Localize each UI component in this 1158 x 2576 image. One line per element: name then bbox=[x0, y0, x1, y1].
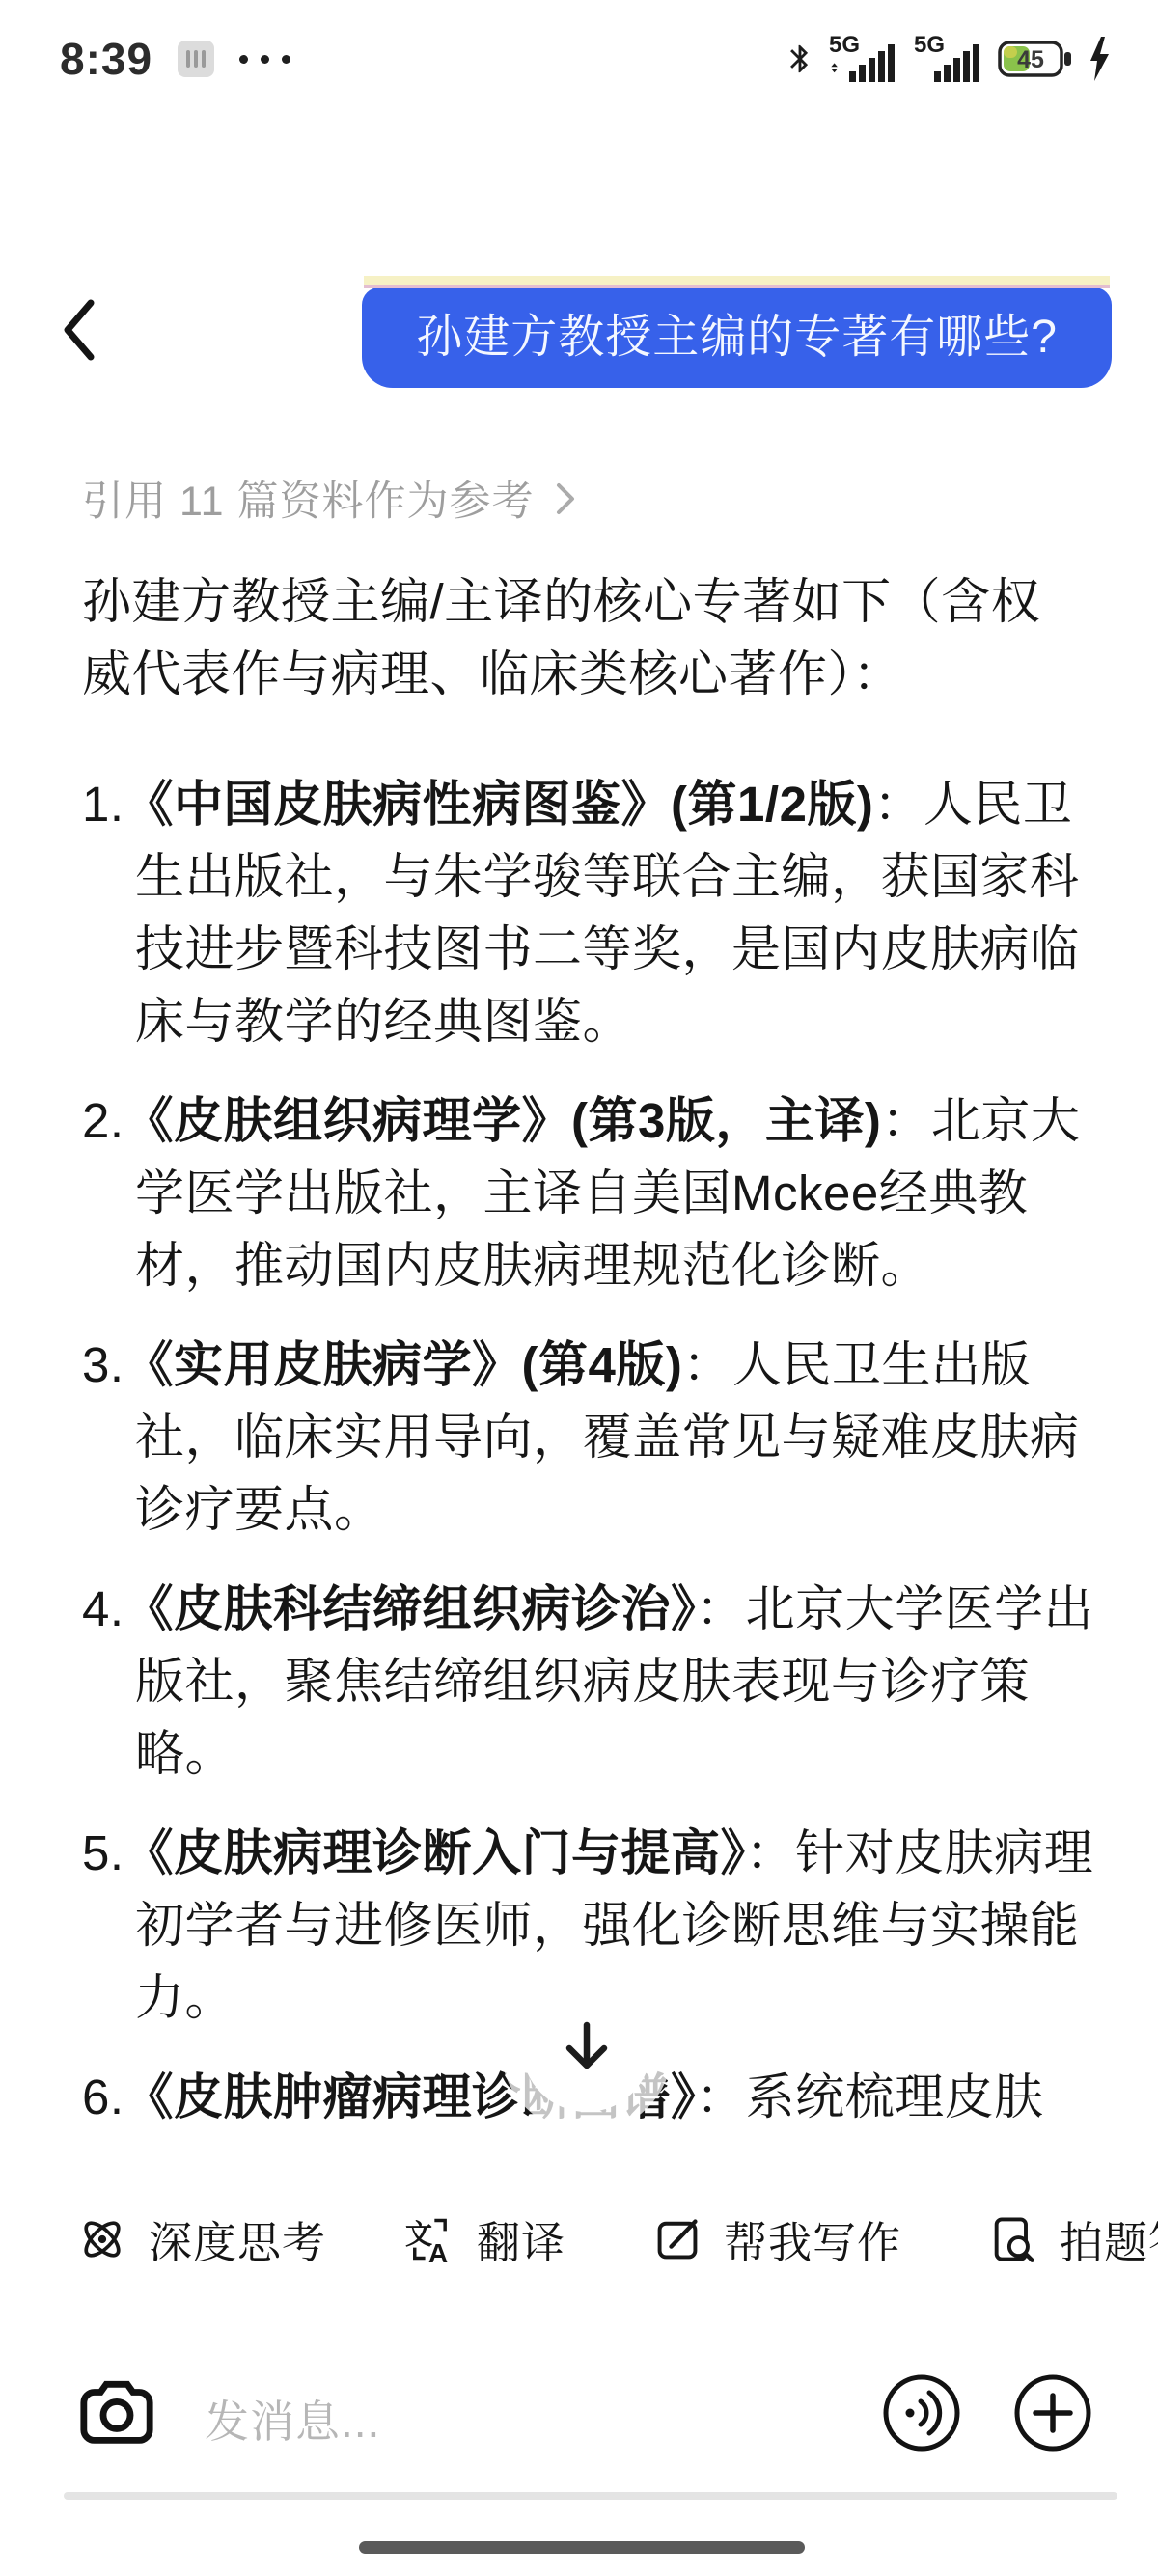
list-item: 4.《皮肤科结缔组织病诊治》：北京大学医学出版社，聚焦结缔组织病皮肤表现与诊疗策… bbox=[82, 1573, 1110, 1790]
bottom-divider bbox=[64, 2492, 1117, 2500]
bluetooth-icon bbox=[784, 35, 816, 83]
battery-icon: 45 bbox=[998, 38, 1075, 80]
translate-button[interactable]: 文 A 翻译 bbox=[405, 2207, 565, 2270]
charging-bolt-icon bbox=[1087, 35, 1112, 83]
edit-pencil-icon bbox=[652, 2214, 703, 2264]
deep-think-icon bbox=[77, 2214, 127, 2264]
nav-bar: 皮肤科病例讨论 doubao.com bbox=[0, 135, 1158, 270]
book-list: 1.《中国皮肤病性病图鉴》(第1/2版)：人民卫生出版社，与朱学骏等联合主编，获… bbox=[82, 768, 1110, 2133]
quick-action-bar: 深度思考 文 A 翻译 帮我写作 拍题 bbox=[0, 2207, 1158, 2277]
answer-intro: 孙建方教授主编/主译的核心专著如下（含权威代表作与病理、临床类核心著作）： bbox=[82, 565, 1066, 710]
list-item: 2.《皮肤组织病理学》(第3版，主译)：北京大学医学出版社，主译自美国Mckee… bbox=[82, 1084, 1110, 1302]
status-bar: 8:39 5G 5G bbox=[0, 27, 1158, 91]
list-item: 3.《实用皮肤病学》(第4版)：人民卫生出版社，临床实用导向，覆盖常见与疑难皮肤… bbox=[82, 1329, 1110, 1546]
more-notifications-icon bbox=[239, 55, 290, 64]
voice-input-icon[interactable] bbox=[880, 2371, 963, 2454]
camera-icon[interactable] bbox=[77, 2375, 156, 2449]
composer-bar: 发消息... bbox=[0, 2370, 1158, 2458]
help-me-write-button[interactable]: 帮我写作 bbox=[652, 2207, 901, 2270]
citation-row[interactable]: 引用 11 篇资料作为参考 bbox=[82, 469, 577, 528]
add-attachment-icon[interactable] bbox=[1011, 2371, 1094, 2454]
clock: 8:39 bbox=[60, 33, 152, 85]
photo-solve-button[interactable]: 拍题答 bbox=[988, 2207, 1158, 2270]
scroll-to-bottom-button[interactable] bbox=[501, 1961, 673, 2133]
assistant-answer: 孙建方教授主编/主译的核心专著如下（含权威代表作与病理、临床类核心著作）： 1.… bbox=[82, 565, 1110, 2160]
svg-text:5G: 5G bbox=[829, 33, 860, 58]
signal-sim2-icon: 5G bbox=[913, 33, 986, 85]
deep-think-button[interactable]: 深度思考 bbox=[77, 2207, 326, 2270]
user-message-text: 孙建方教授主编的专著有哪些? bbox=[416, 312, 1058, 363]
signal-sim1-icon: 5G bbox=[828, 33, 901, 85]
svg-text:45: 45 bbox=[1017, 46, 1044, 73]
notification-app-icon bbox=[178, 41, 214, 77]
citation-text: 引用 11 篇资料作为参考 bbox=[82, 469, 535, 528]
svg-text:5G: 5G bbox=[914, 33, 945, 58]
list-item: 1.《中国皮肤病性病图鉴》(第1/2版)：人民卫生出版社，与朱学骏等联合主编，获… bbox=[82, 768, 1110, 1057]
chevron-right-icon bbox=[554, 480, 577, 518]
photo-solve-icon bbox=[988, 2214, 1038, 2264]
translate-icon: 文 A bbox=[405, 2214, 455, 2264]
user-message-bubble[interactable]: 孙建方教授主编的专著有哪些? bbox=[362, 288, 1112, 388]
message-input[interactable]: 发消息... bbox=[205, 2387, 380, 2451]
arrow-down-icon bbox=[559, 2017, 615, 2077]
svg-text:A: A bbox=[428, 2237, 448, 2263]
home-indicator[interactable] bbox=[359, 2541, 805, 2554]
